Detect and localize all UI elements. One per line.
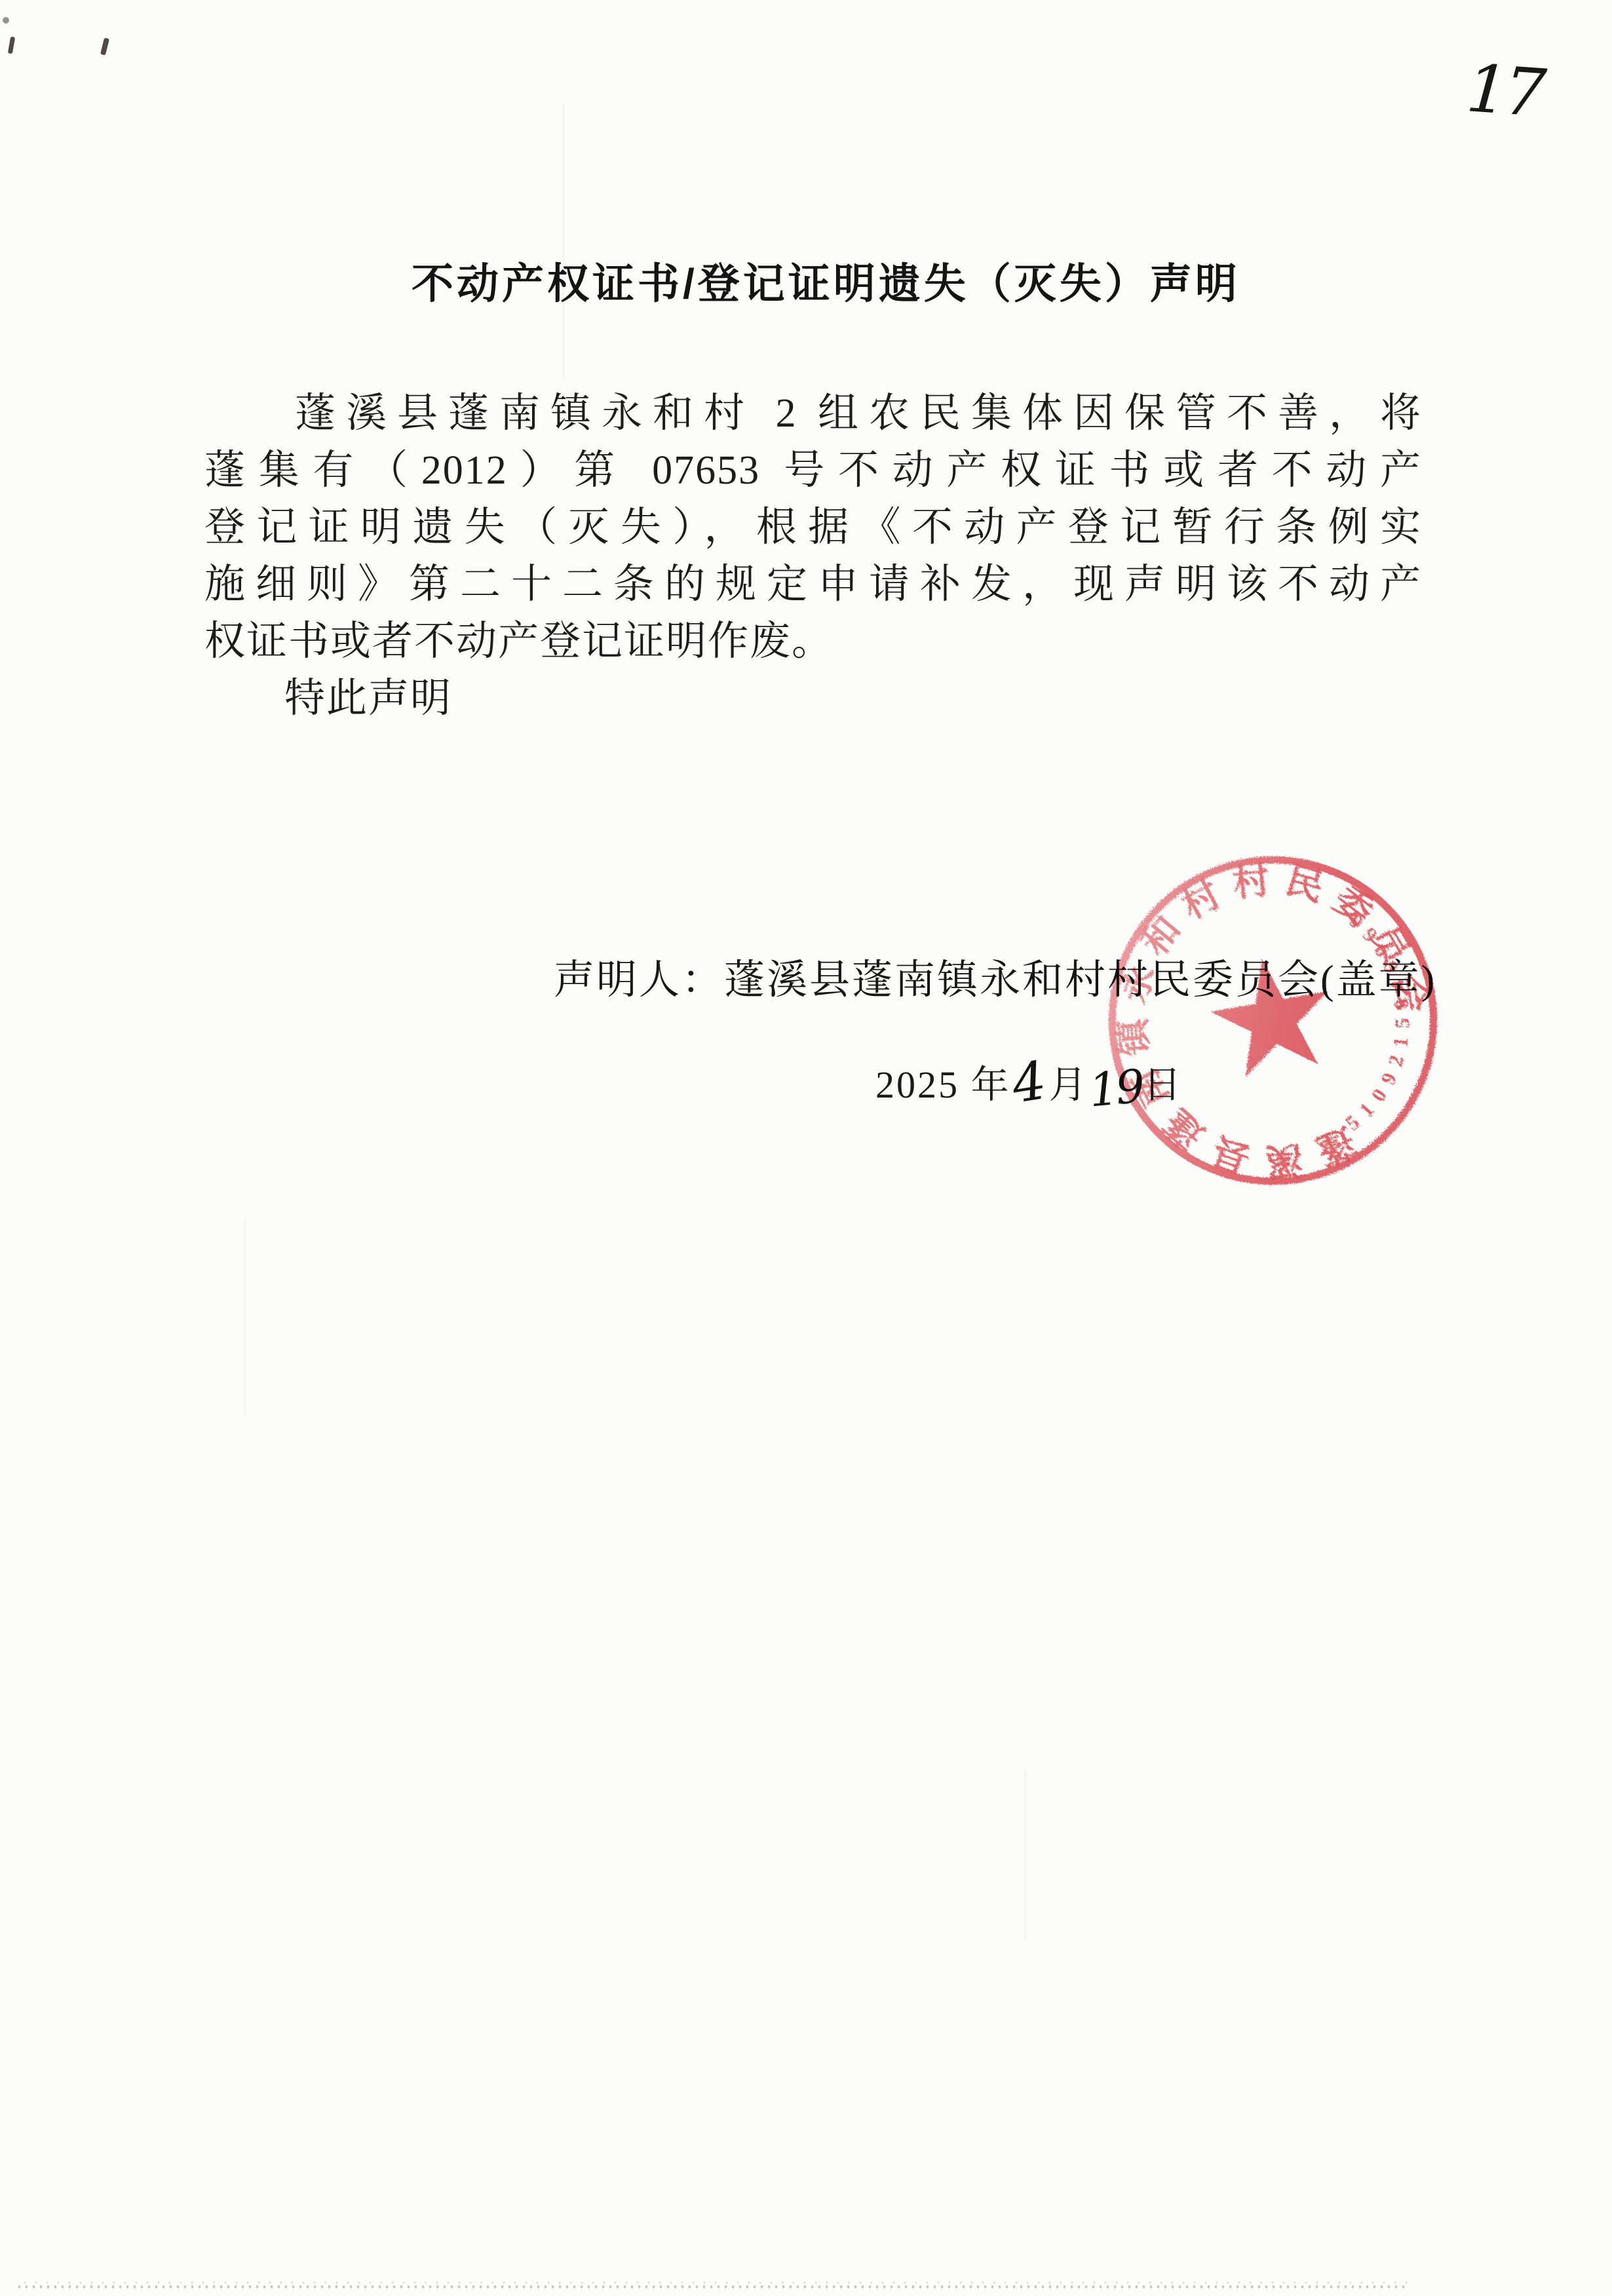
- body-paragraph: 蓬溪县蓬南镇永和村 2 组农民集体因保管不善，将 蓬集有（2012）第 0765…: [204, 385, 1422, 727]
- closing-line: 特此声明: [204, 670, 1422, 727]
- scan-streak: [244, 1219, 246, 1415]
- scan-streak: [1024, 1769, 1027, 1940]
- date-year: 2025: [875, 1063, 959, 1106]
- scanned-document-page: 17 不动产权证书/登记证明遗失（灭失）声明 蓬溪县蓬南镇永和村 2 组农民集体…: [0, 0, 1612, 2296]
- scan-speck: [8, 37, 15, 54]
- body-line: 登记证明遗失（灭失），根据《不动产登记暂行条例实: [204, 499, 1422, 556]
- scan-streak: [562, 105, 565, 380]
- scan-speck: [3, 17, 9, 24]
- body-line: 蓬集有（2012）第 07653 号不动产权证书或者不动产: [204, 442, 1422, 499]
- scan-noise-strip: [18, 2279, 1408, 2289]
- body-line: 施细则》第二十二条的规定申请补发，现声明该不动产: [204, 556, 1422, 613]
- handwritten-month: 4: [1012, 1080, 1047, 1085]
- date-year-unit: 年: [971, 1063, 1011, 1106]
- declarant-label: 声明人：: [554, 958, 724, 1003]
- official-stamp: 蓬溪县蓬南镇永和村村民委员会 5109215046966: [1081, 829, 1464, 1212]
- star-icon: [1209, 957, 1332, 1079]
- body-line: 权证书或者不动产登记证明作废。: [204, 613, 1422, 670]
- handwritten-page-number: 17: [1464, 50, 1545, 132]
- document-title: 不动产权证书/登记证明遗失（灭失）声明: [412, 250, 1240, 311]
- body-line: 蓬溪县蓬南镇永和村 2 组农民集体因保管不善，将: [204, 385, 1422, 442]
- scan-speck: [100, 37, 109, 55]
- date-month-unit: 月: [1048, 1063, 1088, 1106]
